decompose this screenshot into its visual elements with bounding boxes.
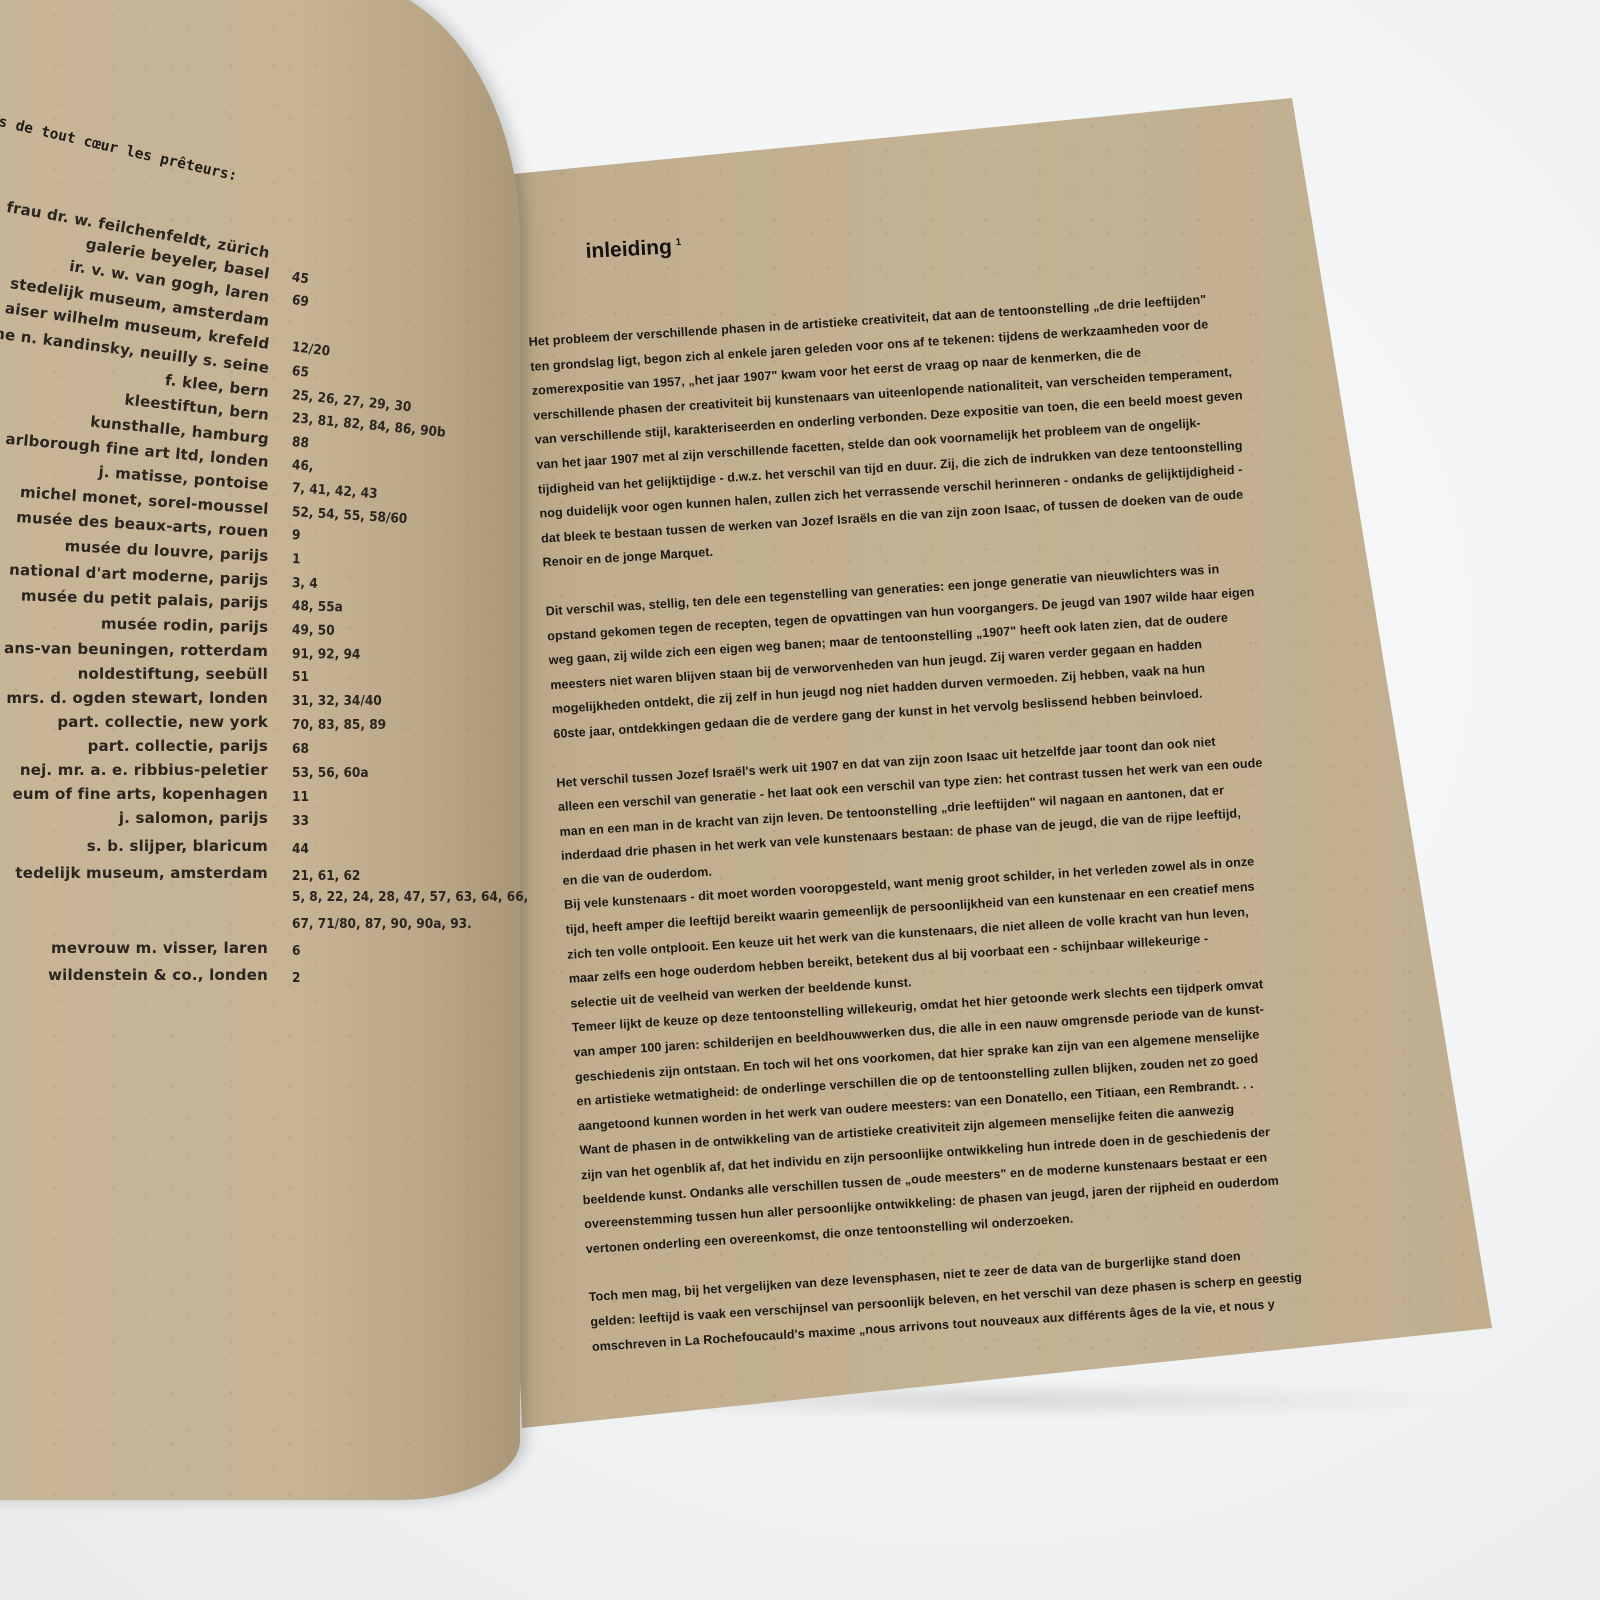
lender-work-numbers: 91, 92, 94 <box>292 646 361 663</box>
lender-work-numbers: 6 <box>292 943 300 959</box>
lender-work-numbers: 44 <box>292 841 309 857</box>
lender-work-numbers: 9 <box>292 527 301 543</box>
lender-work-numbers: 88 <box>291 434 309 451</box>
lender-row: j. salomon, parijs33 <box>0 809 520 831</box>
lender-name: noldestiftung, seebüll <box>0 664 268 683</box>
footnote-mark: 1 <box>675 237 681 248</box>
lender-name: mrs. d. ogden stewart, londen <box>0 689 268 707</box>
lender-row: tedelijk museum, amsterdam21, 61, 62 <box>0 864 520 886</box>
lender-row: noldestiftung, seebüll51 <box>0 665 520 687</box>
lender-work-numbers: 12/20 <box>291 339 331 360</box>
lender-row: wildenstein & co., londen2 <box>0 966 520 988</box>
lender-work-numbers: 65 <box>291 363 310 381</box>
lender-work-numbers: 11 <box>292 789 309 805</box>
lender-work-numbers: 1 <box>292 551 301 567</box>
paragraph: Toch men mag, bij het vergelijken van de… <box>588 1237 1371 1360</box>
lender-row: 67, 71/80, 87, 90, 90a, 93. <box>0 912 520 934</box>
lender-row: nej. mr. a. e. ribbius-peletier53, 56, 6… <box>0 761 520 783</box>
paragraph: Het verschil tussen Jozef Israël's werk … <box>556 722 1365 1262</box>
lender-row: mevrouw m. visser, laren6 <box>0 939 520 961</box>
lender-work-numbers: 67, 71/80, 87, 90, 90a, 93. <box>292 916 472 932</box>
lender-work-numbers: 45 <box>291 269 310 287</box>
lender-work-numbers: 31, 32, 34/40 <box>292 693 382 709</box>
lender-work-numbers: 53, 56, 60a <box>292 765 369 781</box>
lenders-title: us de tout cœur les prêteurs: <box>0 112 239 185</box>
lender-work-numbers: 21, 61, 62 <box>292 868 360 884</box>
lender-work-numbers: 68 <box>292 741 309 757</box>
lender-row: part. collectie, parijs68 <box>0 737 520 759</box>
booklet-photo: us de tout cœur les prêteurs: frau dr. w… <box>0 0 1600 1600</box>
lender-work-numbers: 69 <box>291 292 310 310</box>
lender-work-numbers: 2 <box>292 970 300 986</box>
lender-row: musée rodin, parijs49, 50 <box>0 618 520 640</box>
lender-work-numbers: 46, <box>291 457 314 475</box>
heading-text: inleiding <box>585 235 672 262</box>
lender-work-numbers: 48, 55a <box>292 598 343 615</box>
lender-row: 5, 8, 22, 24, 28, 47, 57, 63, 64, 66, <box>0 885 520 907</box>
paragraph: Dit verschil was, stellig, ten dele een … <box>545 550 1333 746</box>
page-heading: inleiding1 <box>585 235 682 264</box>
lender-row: ans-van beuningen, rotterdam91, 92, 94 <box>0 642 520 664</box>
lender-work-numbers: 33 <box>292 813 309 829</box>
lender-work-numbers: 49, 50 <box>292 622 335 639</box>
lender-row: musée du petit palais, parijs48, 55a <box>0 594 520 616</box>
lender-name: nej. mr. a. e. ribbius-peletier <box>0 761 268 779</box>
lender-name: part. collectie, parijs <box>0 737 268 755</box>
lender-name: eum of fine arts, kopenhagen <box>0 785 268 803</box>
lender-row: eum of fine arts, kopenhagen11 <box>0 785 520 807</box>
introduction-text: Het probleem der verschillende phasen in… <box>528 281 1373 1383</box>
lender-name: mevrouw m. visser, laren <box>0 939 268 957</box>
lender-name: j. salomon, parijs <box>0 809 268 827</box>
lender-work-numbers: 5, 8, 22, 24, 28, 47, 57, 63, 64, 66, <box>292 889 528 905</box>
lenders-list: us de tout cœur les prêteurs: frau dr. w… <box>0 0 520 1000</box>
lender-name: part. collectie, new york <box>0 713 268 731</box>
lender-name: s. b. slijper, blaricum <box>0 837 268 855</box>
lender-work-numbers: 7, 41, 42, 43 <box>291 480 378 502</box>
lender-work-numbers: 51 <box>292 669 309 685</box>
lender-work-numbers: 3, 4 <box>292 575 318 592</box>
paragraph: Het probleem der verschillende phasen in… <box>528 281 1322 575</box>
lender-row: s. b. slijper, blaricum44 <box>0 837 520 859</box>
lender-name: tedelijk museum, amsterdam <box>0 864 268 882</box>
lender-row: mrs. d. ogden stewart, londen31, 32, 34/… <box>0 689 520 711</box>
lender-work-numbers: 70, 83, 85, 89 <box>292 717 386 733</box>
lender-row: part. collectie, new york70, 83, 85, 89 <box>0 713 520 735</box>
lender-name: wildenstein & co., londen <box>0 966 268 984</box>
